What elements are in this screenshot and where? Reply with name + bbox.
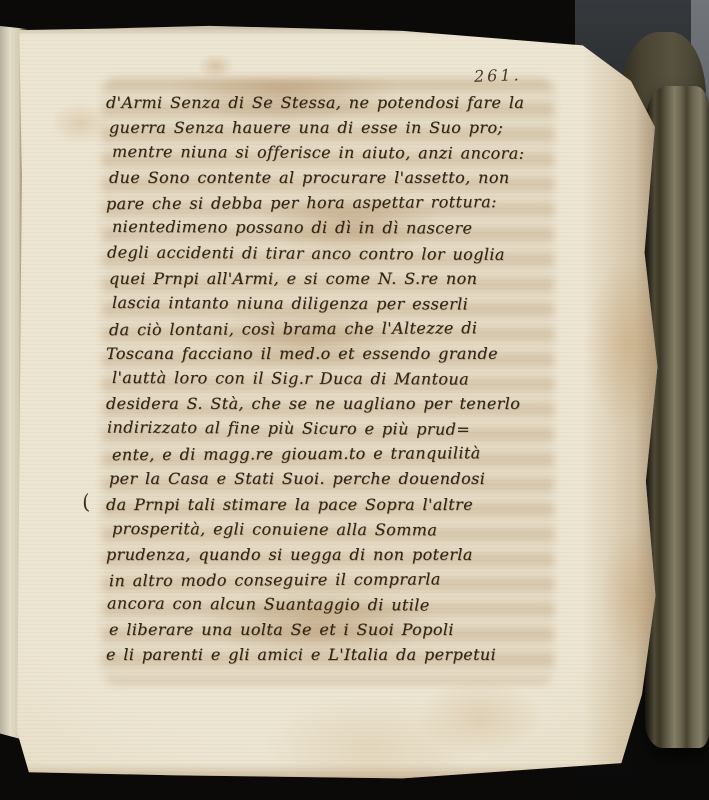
manuscript-line: quei Prnpi all'Armi, e si come N. S.re n… (109, 266, 576, 291)
manuscript-line: d'Armi Senza di Se Stessa, ne potendosi … (106, 90, 576, 115)
manuscript-line: guerra Senza hauere una di esse in Suo p… (109, 115, 576, 140)
manuscript-line: Toscana facciano il med.o et essendo gra… (106, 341, 576, 366)
manuscript-line: da Prnpi tali stimare la pace Sopra l'al… (106, 492, 576, 517)
manuscript-page: 261. ( d'Armi Senza di Se Stessa, ne pot… (16, 24, 660, 786)
manuscript-line: mentre niuna si offerisce in aiuto, anzi… (112, 139, 576, 166)
manuscript-line: prudenza, quando si uegga di non poterla (106, 542, 576, 567)
manuscript-line: ente, e di magg.re giouam.to e tranquili… (112, 440, 576, 468)
manuscript-line: nientedimeno possano di dì in dì nascere (112, 214, 576, 241)
manuscript-text: d'Armi Senza di Se Stessa, ne potendosi … (106, 90, 576, 667)
manuscript-line: indirizzato al fine più Sicuro e più pru… (107, 415, 576, 443)
stacked-pages-fore-edge (645, 86, 709, 748)
manuscript-line: pare che si debba per hora aspettar rott… (106, 189, 576, 217)
manuscript-line: due Sono contente al procurare l'assetto… (109, 165, 576, 190)
manuscript-line: per la Casa e Stati Suoi. perche douendo… (109, 466, 576, 491)
manuscript-line: e liberare una uolta Se et i Suoi Popoli (109, 617, 576, 642)
page-number: 261. (474, 65, 522, 86)
manuscript-line: e li parenti e gli amici e L'Italia da p… (106, 642, 576, 667)
manuscript-line: ancora con alcun Suantaggio di utile (107, 590, 576, 618)
manuscript-line: prosperità, egli conuiene alla Somma (112, 516, 576, 543)
manuscript-line: l'auttà loro con il Sig.r Duca di Mantou… (112, 365, 576, 392)
margin-mark: ( (79, 489, 92, 514)
manuscript-line: da ciò lontani, così brama che l'Altezze… (109, 315, 576, 343)
manuscript-line: degli accidenti di tirar anco contro lor… (107, 239, 576, 267)
manuscript-line: desidera S. Stà, che se ne uagliano per … (106, 391, 576, 416)
manuscript-line: lascia intanto niuna diligenza per esser… (112, 290, 576, 317)
manuscript-line: in altro modo conseguire il comprarla (109, 566, 576, 594)
book-photograph: 261. ( d'Armi Senza di Se Stessa, ne pot… (0, 0, 709, 800)
